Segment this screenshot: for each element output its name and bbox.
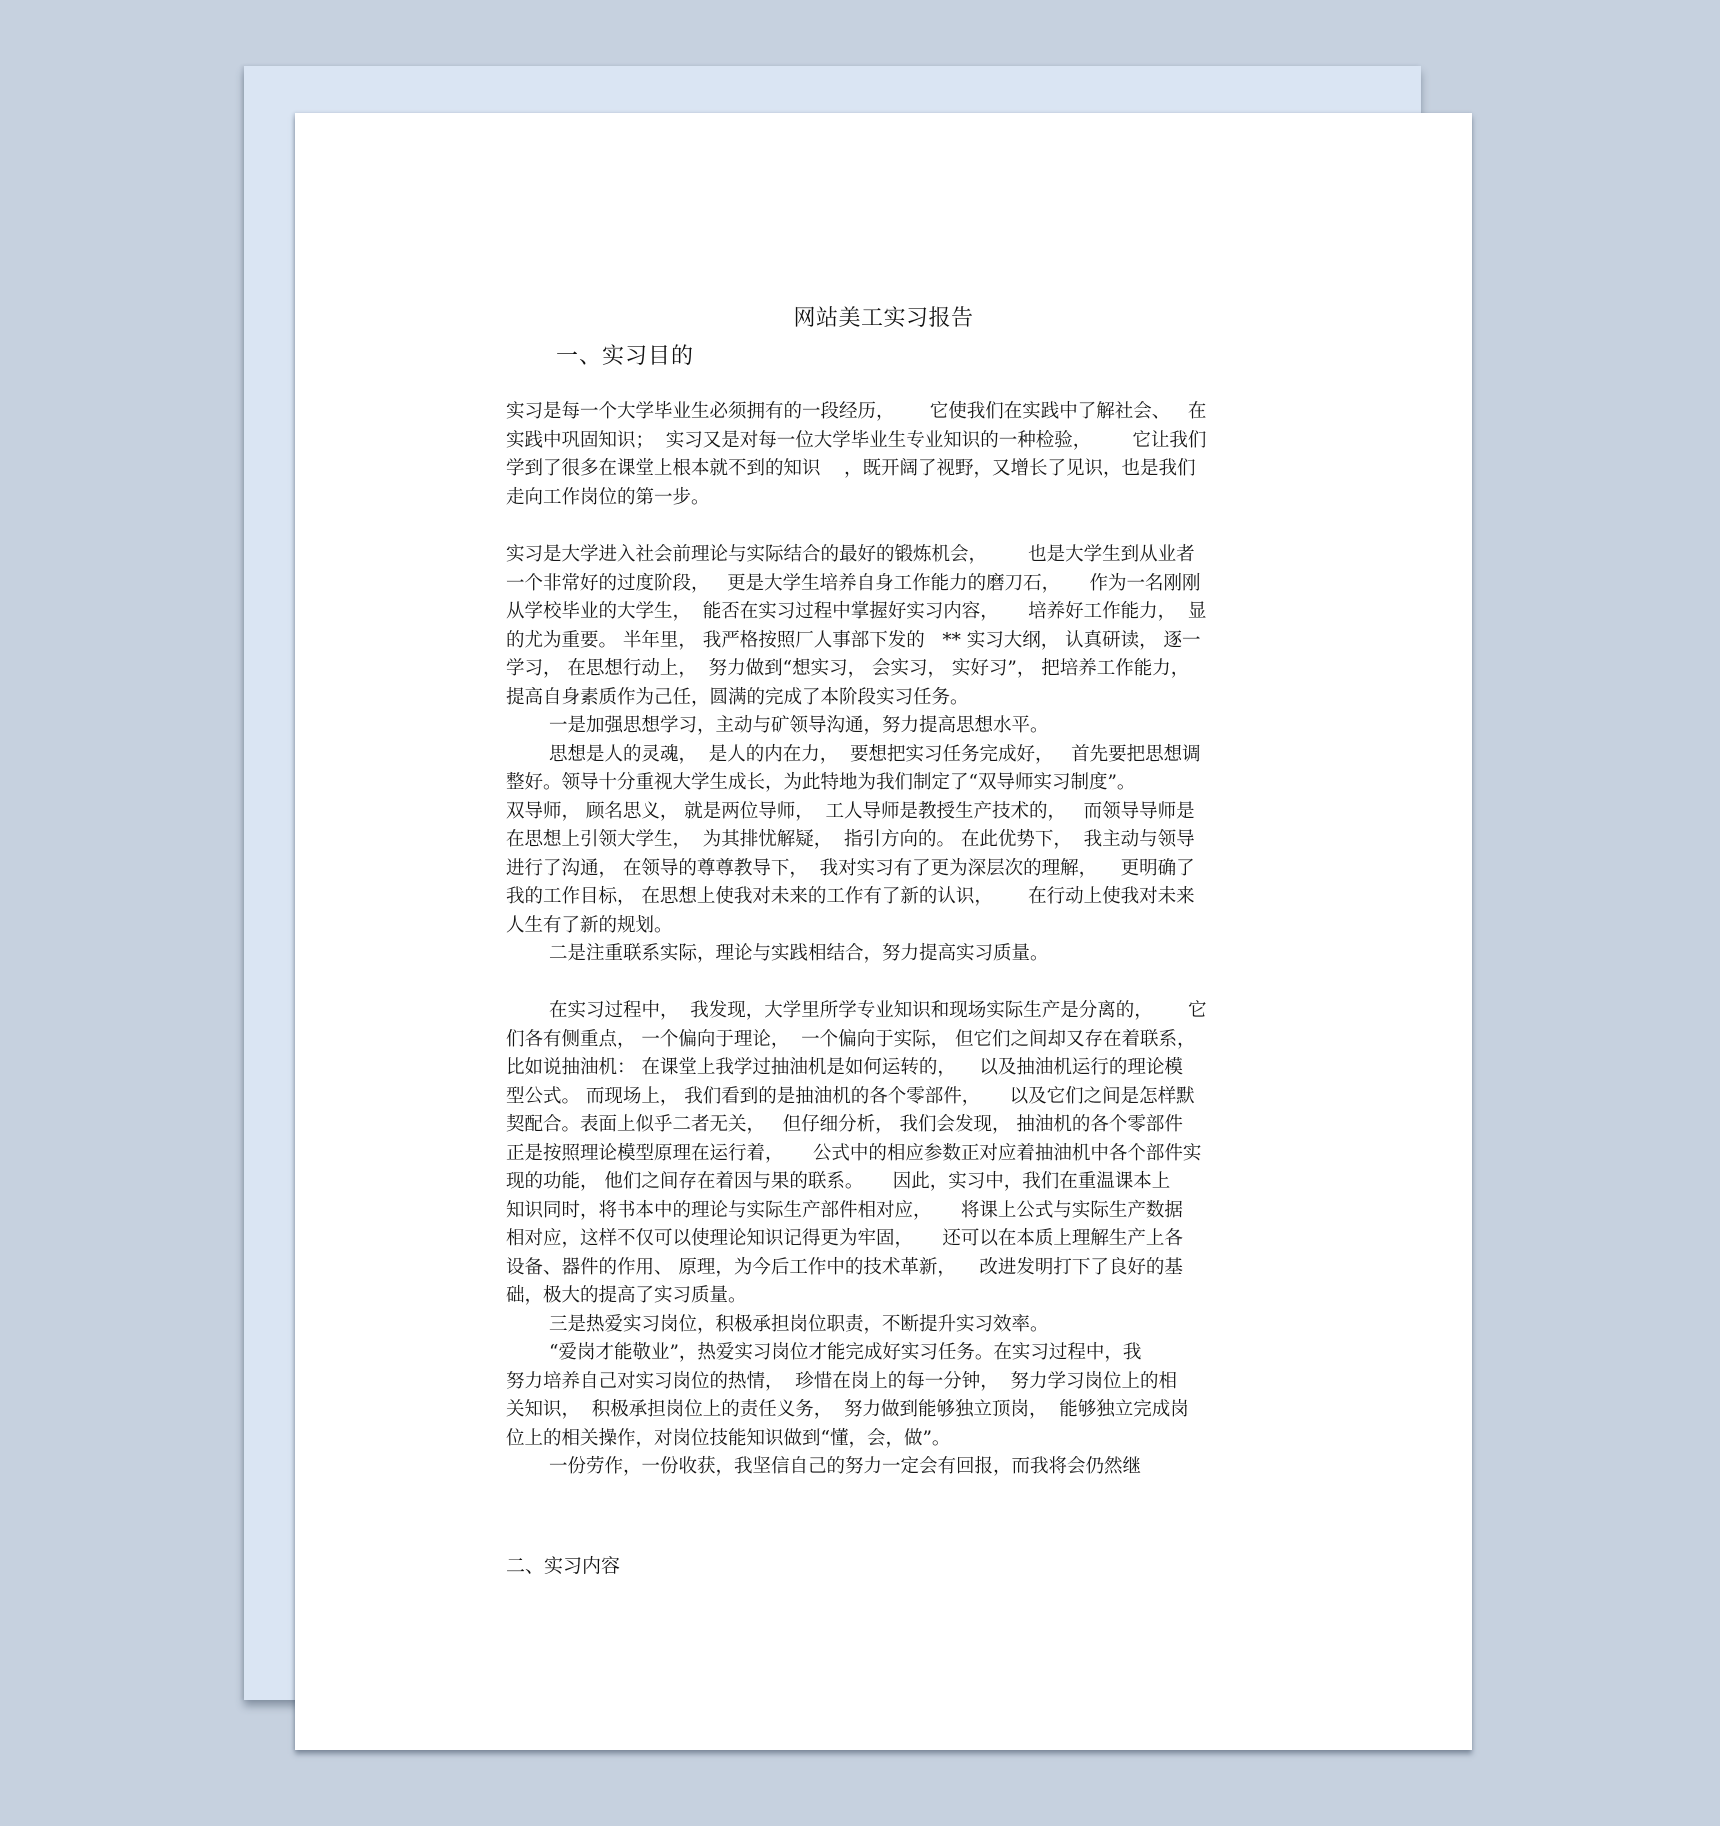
text-line: “爱岗才能敬业”，热爱实习岗位才能完成好实习任务。在实习过程中，我 xyxy=(549,1339,1141,1367)
text-line: 正是按照理论模型原理在运行着， 公式中的相应参数正对应着抽油机中各个部件实 xyxy=(506,1140,1201,1168)
text-line: 在思想上引领大学生， 为其排忧解疑， 指引方向的。 在此优势下， 我主动与领导 xyxy=(506,826,1195,854)
text-line: 整好。领导十分重视大学生成长，为此特地为我们制定了“双导师实习制度”。 xyxy=(506,769,1135,797)
text-line: 思想是人的灵魂， 是人的内在力， 要想把实习任务完成好， 首先要把思想调 xyxy=(549,741,1201,769)
text-line: 在实习过程中， 我发现，大学里所学专业知识和现场实际生产是分离的， 它 xyxy=(549,997,1207,1025)
document-page: 网站美工实习报告 一、实习目的 实习是每一个大学毕业生必须拥有的一段经历， 它使… xyxy=(295,113,1472,1750)
text-line: 们各有侧重点， 一个偏向于理论， 一个偏向于实际， 但它们之间却又存在着联系， xyxy=(506,1026,1196,1054)
text-line: 进行了沟通， 在领导的尊尊教导下， 我对实习有了更为深层次的理解， 更明确了 xyxy=(506,855,1195,883)
text-line: 础，极大的提高了实习质量。 xyxy=(506,1282,747,1310)
text-line: 努力培养自己对实习岗位的热情， 珍惜在岗上的每一分钟， 努力学习岗位上的相 xyxy=(506,1368,1177,1396)
text-line: 二是注重联系实际，理论与实践相结合，努力提高实习质量。 xyxy=(549,940,1049,968)
section-heading-content: 二、实习内容 xyxy=(506,1551,620,1581)
text-line: 学到了很多在课堂上根本就不到的知识 ，既开阔了视野，又增长了见识，也是我们 xyxy=(506,455,1196,483)
text-line: 人生有了新的规划。 xyxy=(506,912,673,940)
text-line: 相对应，这样不仅可以使理论知识记得更为牢固， 还可以在本质上理解生产上各 xyxy=(506,1225,1183,1253)
text-line: 一是加强思想学习，主动与矿领导沟通，努力提高思想水平。 xyxy=(549,712,1049,740)
text-line: 提高自身素质作为己任，圆满的完成了本阶段实习任务。 xyxy=(506,684,969,712)
text-line: 走向工作岗位的第一步。 xyxy=(506,484,710,512)
text-line: 实习是每一个大学毕业生必须拥有的一段经历， 它使我们在实践中了解社会、 在 xyxy=(506,398,1206,426)
text-line: 一个非常好的过度阶段， 更是大学生培养自身工作能力的磨刀石， 作为一名刚刚 xyxy=(506,570,1201,598)
section-heading-purpose: 一、实习目的 xyxy=(556,342,694,372)
text-line: 双导师， 顾名思义， 就是两位导师， 工人导师是教授生产技术的， 而领导导师是 xyxy=(506,798,1195,826)
text-line: 从学校毕业的大学生， 能否在实习过程中掌握好实习内容， 培养好工作能力， 显 xyxy=(506,598,1206,626)
text-line: 设备、器件的作用、 原理，为今后工作中的技术革新， 改进发明打下了良好的基 xyxy=(506,1254,1183,1282)
text-line: 实习是大学进入社会前理论与实际结合的最好的锻炼机会， 也是大学生到从业者 xyxy=(506,541,1195,569)
document-title: 网站美工实习报告 xyxy=(295,304,1472,334)
text-line: 一份劳作，一份收获，我坚信自己的努力一定会有回报，而我将会仍然继 xyxy=(549,1453,1141,1481)
text-line: 三是热爱实习岗位，积极承担岗位职责，不断提升实习效率。 xyxy=(549,1311,1049,1339)
text-line: 型公式。 而现场上， 我们看到的是抽油机的各个零部件， 以及它们之间是怎样默 xyxy=(506,1083,1195,1111)
text-line: 比如说抽油机： 在课堂上我学过抽油机是如何运转的， 以及抽油机运行的理论模 xyxy=(506,1054,1183,1082)
text-line: 的尤为重要。 半年里， 我严格按照厂人事部下发的 ** 实习大纲， 认真研读， … xyxy=(506,627,1201,655)
text-line: 知识同时，将书本中的理论与实际生产部件相对应， 将课上公式与实际生产数据 xyxy=(506,1197,1183,1225)
text-line: 学习， 在思想行动上， 努力做到“想实习， 会实习， 实好习”， 把培养工作能力… xyxy=(506,655,1189,683)
text-line: 契配合。表面上似乎二者无关， 但仔细分析， 我们会发现， 抽油机的各个零部件 xyxy=(506,1111,1183,1139)
text-line: 关知识， 积极承担岗位上的责任义务， 努力做到能够独立顶岗， 能够独立完成岗 xyxy=(506,1396,1189,1424)
text-line: 现的功能， 他们之间存在着因与果的联系。 因此，实习中，我们在重温课本上 xyxy=(506,1168,1170,1196)
text-line: 位上的相关操作，对岗位技能知识做到“懂，会，做”。 xyxy=(506,1425,950,1453)
text-line: 我的工作目标， 在思想上使我对未来的工作有了新的认识， 在行动上使我对未来 xyxy=(506,883,1195,911)
text-line: 实践中巩固知识； 实习又是对每一位大学毕业生专业知识的一种检验， 它让我们 xyxy=(506,427,1206,455)
